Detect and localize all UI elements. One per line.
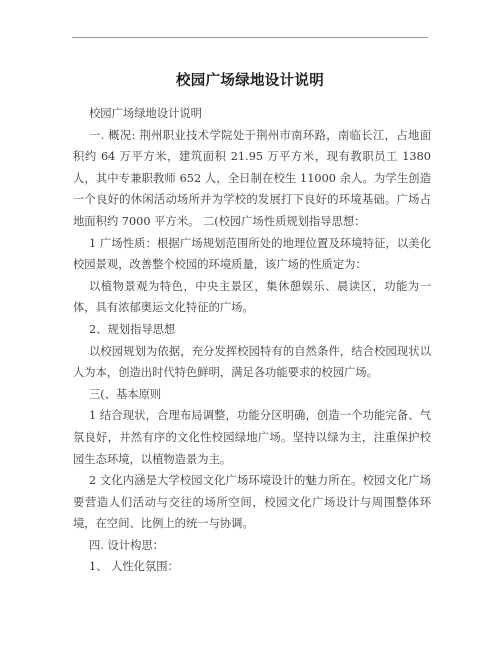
heading-humanized-atmosphere: 1、 人性化氛围： (73, 556, 431, 578)
paragraph-principle-1: 1 结合现状，合理布局调整，功能分区明确，创造一个功能完备、气氛良好，井然有序的… (73, 405, 431, 470)
paragraph-principle-2: 2 文化内涵是大学校园文化广场环境设计的魅力所在。校园文化广场要营造人们活动与交… (73, 470, 431, 535)
heading-design-concept: 四. 设计构思： (73, 535, 431, 557)
paragraph-planning-guideline: 以校园规划为依据，充分发挥校园特有的自然条件，结合校园现状以人为本，创造出时代特… (73, 341, 431, 384)
paragraph-subtitle: 校园广场绿地设计说明 (73, 103, 431, 125)
paragraph-plaza-nature: 1 广场性质：根据广场规划范围所处的地理位置及环境特征，以美化校园景观，改善整个… (73, 233, 431, 276)
document-title: 校园广场绿地设计说明 (0, 71, 500, 91)
document-body: 校园广场绿地设计说明 一. 概况: 荆州职业技术学院处于荆州市南环路，南临长江，… (73, 103, 431, 578)
paragraph-plaza-definition: 以植物景观为特色，中央主景区，集休憩娱乐、晨读区，功能为一体，具有浓郁奥运文化特… (73, 276, 431, 319)
heading-planning-guideline: 2、规划指导思想 (73, 319, 431, 341)
header-rule (72, 37, 428, 38)
paragraph-overview: 一. 概况: 荆州职业技术学院处于荆州市南环路，南临长江，占地面积约 64 万平… (73, 125, 431, 233)
heading-basic-principles: 三(、基本原则 (73, 384, 431, 406)
